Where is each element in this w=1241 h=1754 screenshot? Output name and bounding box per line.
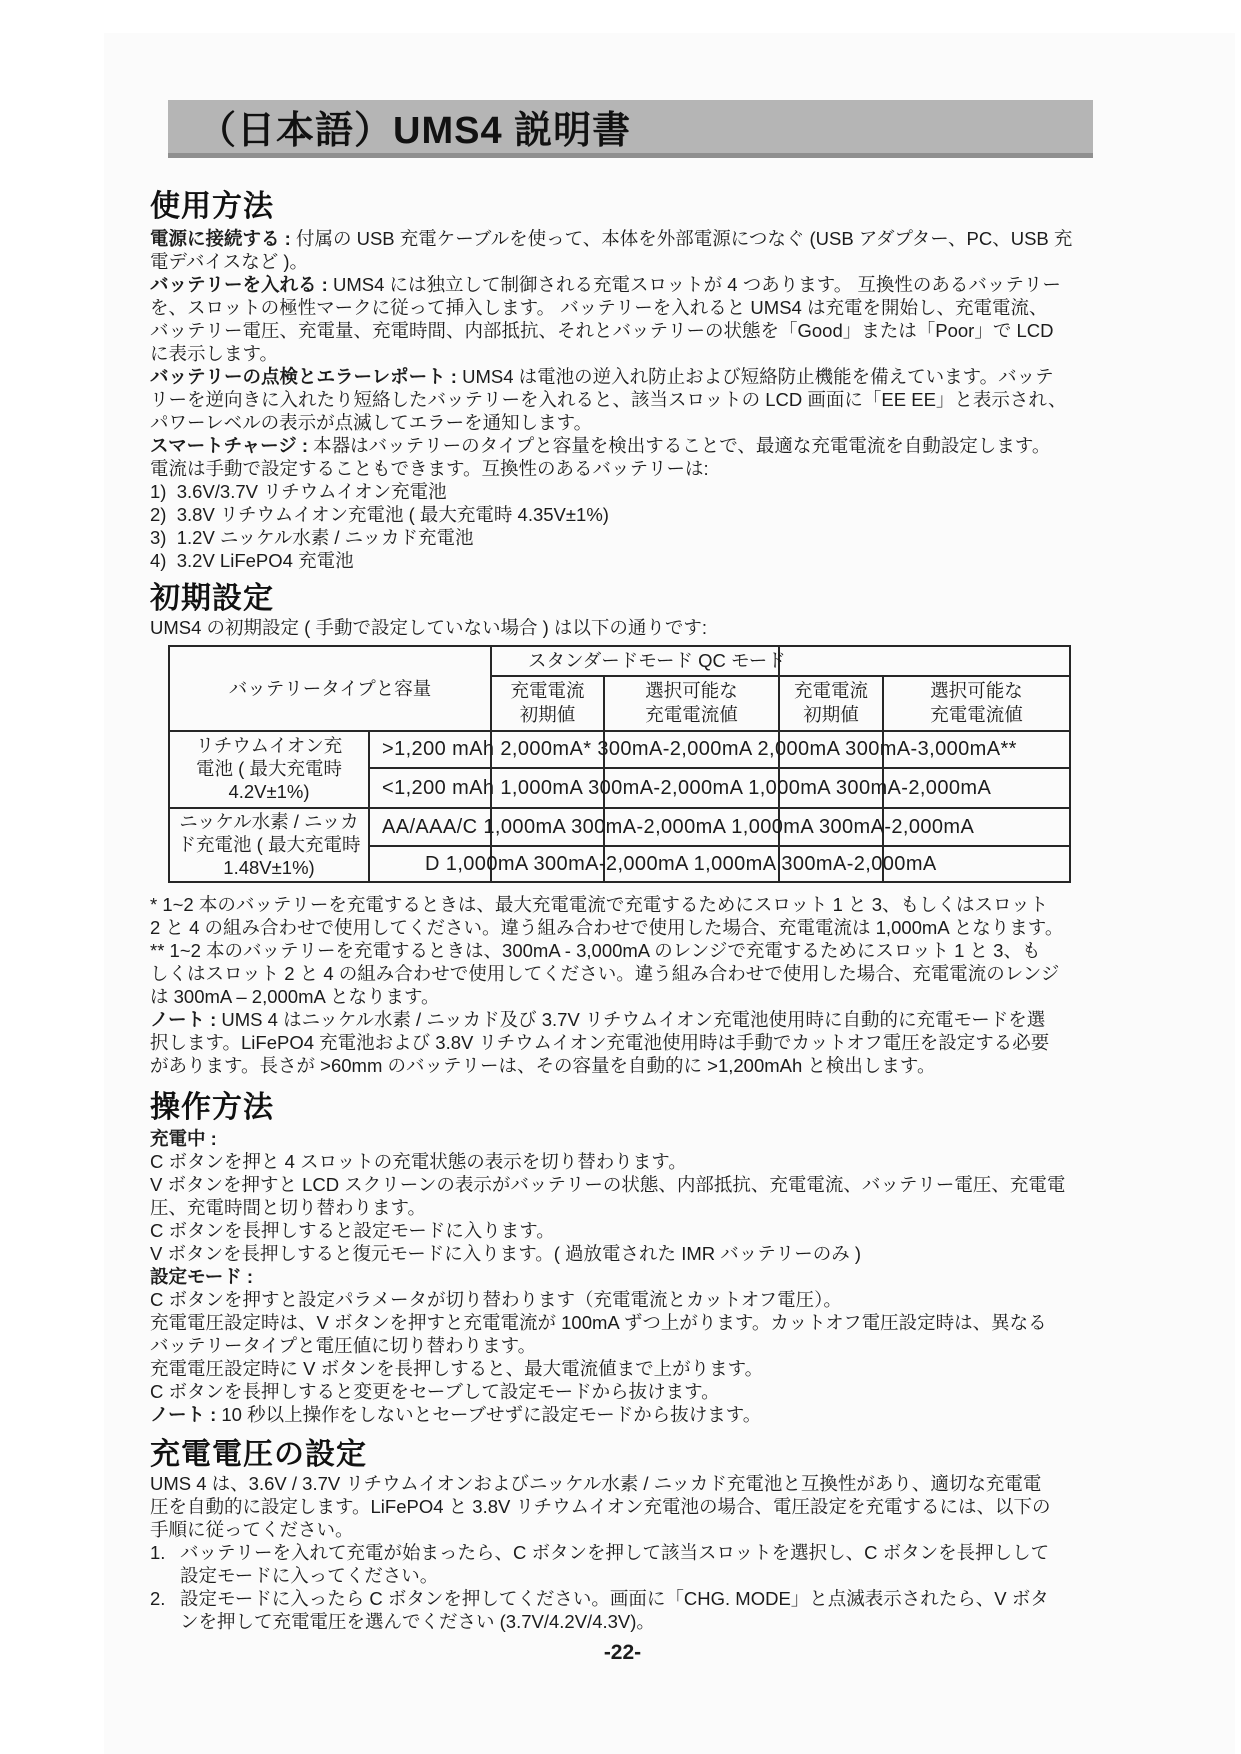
voltage-block: UMS 4 は、3.6V / 3.7V リチウムイオンおよびニッケル水素 / ニ… xyxy=(150,1472,1100,1633)
section-heading-defaults: 初期設定 xyxy=(150,582,1100,616)
voltage-step: 2. 設定モードに入ったら C ボタンを押してください。画面に「CHG. MOD… xyxy=(150,1587,1100,1633)
section-heading-voltage: 充電電圧の設定 xyxy=(150,1438,1100,1472)
paragraph-insert-battery: バッテリーを入れる : UMS4 には独立して制御される充電スロットが 4 つあ… xyxy=(150,273,1100,365)
voltage-step: 1. バッテリーを入れて充電が始まったら、C ボタンを押して該当スロットを選択し… xyxy=(150,1541,1100,1587)
paragraph-smart-charge: スマートチャージ : 本器はバッテリーのタイプと容量を検出することで、最適な充電… xyxy=(150,434,1100,480)
page-title: （日本語）UMS4 説明書 xyxy=(198,99,631,154)
table-group-liion: リチウムイオン充 電池 ( 最大充電時 4.2V±1%) xyxy=(170,730,368,807)
table-row: AA/AAA/C 1,000mA 300mA-2,000mA 1,000mA 3… xyxy=(382,809,974,845)
table-row: <1,200 mAh 1,000mA 300mA-2,000mA 1,000mA… xyxy=(382,769,991,807)
table-header-battery-type: バッテリータイプと容量 xyxy=(170,647,490,730)
table-header-modes: スタンダードモード QC モード xyxy=(528,647,786,675)
table-subheader-qc-selectable-current: 選択可能な 充電電流値 xyxy=(884,675,1069,730)
operation-block: 充電中 : C ボタンを押と 4 スロットの充電状態の表示を切り替わります。 V… xyxy=(150,1127,1100,1426)
table-footnotes: * 1~2 本のバッテリーを充電するときは、最大充電電流で充電するためにスロット… xyxy=(150,893,1100,1077)
note-label: ノート : xyxy=(150,1009,216,1030)
title-bar: （日本語）UMS4 説明書 xyxy=(168,100,1093,158)
paragraph-error-report: バッテリーの点検とエラーレポート : UMS4 は電池の逆入れ防止および短絡防止… xyxy=(150,365,1100,434)
footnote-note: ノート : UMS 4 はニッケル水素 / ニッカド及び 3.7V リチウムイオ… xyxy=(150,1008,1100,1077)
note-text: 10 秒以上操作をしないとセーブせずに設定モードから抜けます。 xyxy=(216,1404,761,1425)
step-number: 2. xyxy=(150,1587,180,1633)
table-subheader-std-selectable-current: 選択可能な 充電電流値 xyxy=(605,675,778,730)
operation-line: C ボタンを押と 4 スロットの充電状態の表示を切り替わります。 xyxy=(150,1150,1100,1173)
table-row: >1,200 mAh 2,000mA* 300mA-2,000mA 2,000m… xyxy=(382,732,1017,767)
paragraph-label: 電源に接続する : xyxy=(150,228,291,249)
battery-list-item: 4) 3.2V LiFePO4 充電池 xyxy=(150,549,1100,572)
step-text: バッテリーを入れて充電が始まったら、C ボタンを押して該当スロットを選択し、C … xyxy=(180,1541,1049,1587)
battery-list-item: 2) 3.8V リチウムイオン充電池 ( 最大充電時 4.35V±1%) xyxy=(150,503,1100,526)
battery-list-item: 3) 1.2V ニッケル水素 / ニッカド充電池 xyxy=(150,526,1100,549)
subhead-setting-mode: 設定モード : xyxy=(150,1266,253,1287)
table-group-nimh: ニッケル水素 / ニッカ ド充電池 ( 最大充電時 1.48V±1%) xyxy=(170,807,368,881)
operation-line: C ボタンを長押しすると設定モードに入ります。 xyxy=(150,1219,1100,1242)
table-subheader-qc-initial-current: 充電電流 初期値 xyxy=(780,675,882,730)
operation-line: C ボタンを長押しすると変更をセーブして設定モードから抜けます。 xyxy=(150,1380,1100,1403)
battery-list-item: 1) 3.6V/3.7V リチウムイオン充電池 xyxy=(150,480,1100,503)
operation-note: ノート : 10 秒以上操作をしないとセーブせずに設定モードから抜けます。 xyxy=(150,1403,1100,1426)
operation-line: 充電電圧設定時に V ボタンを長押しすると、最大電流値まで上がります。 xyxy=(150,1357,1100,1380)
paragraph-label: バッテリーの点検とエラーレポート : xyxy=(150,366,457,387)
usage-paragraphs: 電源に接続する : 付属の USB 充電ケーブルを使って、本体を外部電源につなぐ… xyxy=(150,227,1100,572)
manual-page: （日本語）UMS4 説明書 使用方法 電源に接続する : 付属の USB 充電ケ… xyxy=(0,0,1100,1665)
operation-line: C ボタンを押すと設定パラメータが切り替わります（充電電流とカットオフ電圧）。 xyxy=(150,1288,1100,1311)
paragraph-label: スマートチャージ : xyxy=(150,435,308,456)
footnote-double-star: ** 1~2 本のバッテリーを充電するときは、300mA - 3,000mA の… xyxy=(150,939,1100,1008)
step-text: 設定モードに入ったら C ボタンを押してください。画面に「CHG. MODE」と… xyxy=(180,1587,1049,1633)
paragraph-connect-power: 電源に接続する : 付属の USB 充電ケーブルを使って、本体を外部電源につなぐ… xyxy=(150,227,1100,273)
voltage-intro: UMS 4 は、3.6V / 3.7V リチウムイオンおよびニッケル水素 / ニ… xyxy=(150,1472,1100,1541)
step-number: 1. xyxy=(150,1541,180,1587)
note-text: UMS 4 はニッケル水素 / ニッカド及び 3.7V リチウムイオン充電池使用… xyxy=(150,1009,1049,1076)
section-heading-operation: 操作方法 xyxy=(150,1091,1100,1125)
table-subheader-std-initial-current: 充電電流 初期値 xyxy=(492,675,603,730)
table-row: D 1,000mA 300mA-2,000mA 1,000mA 300mA-2,… xyxy=(425,847,937,881)
page-number: -22- xyxy=(150,1641,1095,1665)
operation-line: V ボタンを押すと LCD スクリーンの表示がバッテリーの状態、内部抵抗、充電電… xyxy=(150,1173,1100,1219)
section-heading-usage: 使用方法 xyxy=(150,190,1100,224)
operation-line: 充電電圧設定時は、V ボタンを押すと充電電流が 100mA ずつ上がります。カッ… xyxy=(150,1311,1100,1357)
footnote-star: * 1~2 本のバッテリーを充電するときは、最大充電電流で充電するためにスロット… xyxy=(150,893,1100,939)
default-settings-table: バッテリータイプと容量 スタンダードモード QC モード 充電電流 初期値 選択… xyxy=(168,645,1071,883)
paragraph-label: バッテリーを入れる : xyxy=(150,274,328,295)
note-label: ノート : xyxy=(150,1404,216,1425)
subhead-charging: 充電中 : xyxy=(150,1128,217,1149)
table-vline xyxy=(368,730,370,881)
operation-line: V ボタンを長押しすると復元モードに入ります。( 過放電された IMR バッテリ… xyxy=(150,1242,1100,1265)
defaults-intro: UMS4 の初期設定 ( 手動で設定していない場合 ) は以下の通りです: xyxy=(150,616,1100,639)
